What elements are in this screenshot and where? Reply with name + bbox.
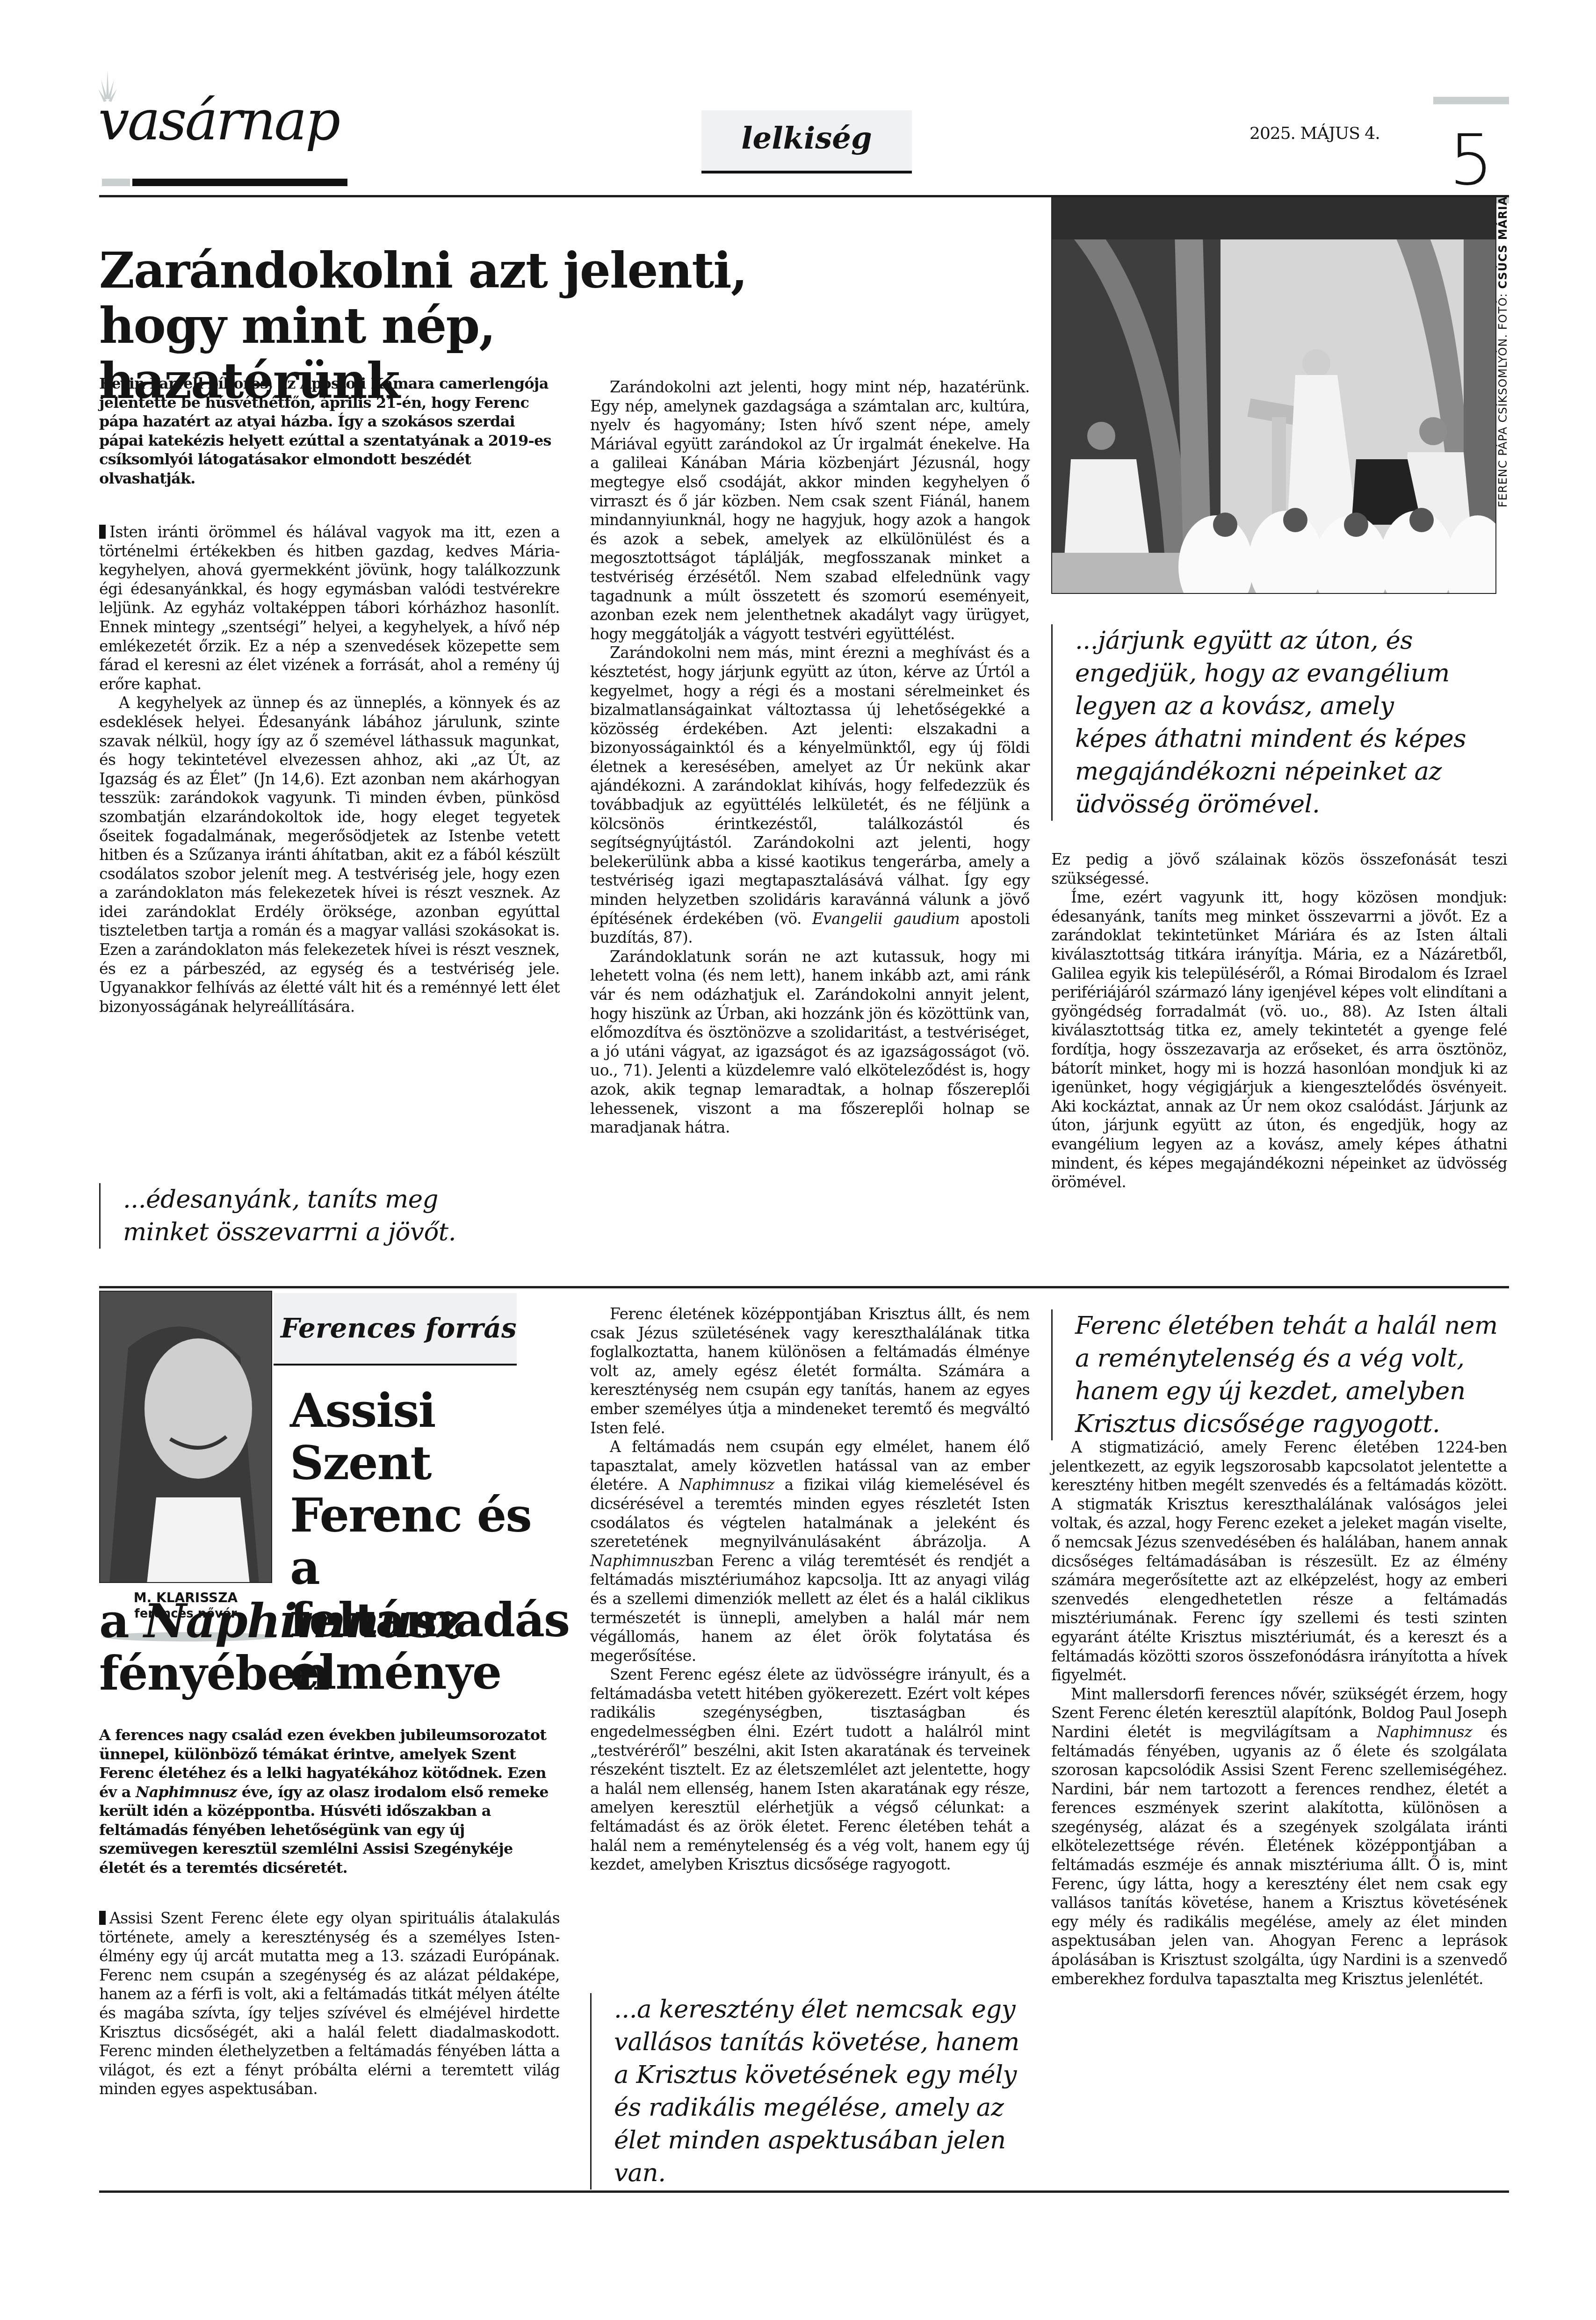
article2-column-2: Ferenc életének középpontjában Krisztus … xyxy=(590,1305,1030,1874)
article1-column-2: Zarándokolni azt jelenti, hogy mint nép,… xyxy=(590,378,1030,1137)
issue-date: 2025. MÁJUS 4. xyxy=(1249,124,1380,143)
series-label: Ferences forrás xyxy=(281,1312,517,1344)
article2-headline-end: a Naphimnusz fényében xyxy=(99,1595,567,1699)
photo-credit: FERENC PÁPA CSÍKSOMLYÓN. FOTÓ: CSÚCS MÁR… xyxy=(1496,196,1509,594)
section-label: lelkiség xyxy=(741,121,872,156)
paragraph: A feltámadás nem csupán egy elmélet, han… xyxy=(590,1438,1030,1665)
paragraph: Szent Ferenc egész élete az üdvösségre i… xyxy=(590,1665,1030,1874)
paragraph-marker xyxy=(99,525,106,539)
article-divider xyxy=(99,1286,1509,1288)
article2-column-1: Assisi Szent Ferenc élete egy olyan spir… xyxy=(99,1909,560,2099)
paragraph: Isten iránti örömmel és hálával vagyok m… xyxy=(99,523,560,694)
paragraph: A stigmatizáció, amely Ferenc életében 1… xyxy=(1051,1438,1507,1685)
author-photo xyxy=(99,1291,272,1583)
masthead-title: vasárnap xyxy=(98,93,339,148)
pullquote-4: Ferenc életében tehát a halál nem a remé… xyxy=(1051,1309,1500,1440)
author-portrait-image xyxy=(100,1292,272,1583)
masthead-underline xyxy=(132,179,347,186)
section-tag: lelkiség xyxy=(701,110,912,173)
paragraph: Ferenc életének középpontjában Krisztus … xyxy=(590,1305,1030,1438)
pullquote-3: ...a keresztény élet nemcsak egy valláso… xyxy=(590,1993,1034,2190)
article1-column-1: Isten iránti örömmel és hálával vagyok m… xyxy=(99,523,560,1016)
article1-lead: Kevin Farrell bíboros, az Apostoli Kamar… xyxy=(99,374,553,488)
pullquote-1: ...édesanyánk, taníts meg minket összeva… xyxy=(99,1183,520,1249)
paragraph: A kegyhelyek az ünnep és az ünneplés, a … xyxy=(99,694,560,1016)
paragraph: Assisi Szent Ferenc élete egy olyan spir… xyxy=(99,1909,560,2099)
page-number: 5 xyxy=(1433,104,1509,196)
paragraph: Íme, ezért vagyunk itt, hogy közösen mon… xyxy=(1051,888,1507,1192)
paragraph: Zarándokolni azt jelenti, hogy mint nép,… xyxy=(590,378,1030,643)
paragraph-marker xyxy=(99,1911,106,1925)
paragraph: Mint mallersdorfi ferences nővér, szüksé… xyxy=(1051,1685,1507,1989)
article2-lead: A ferences nagy család ezen években jubi… xyxy=(99,1726,555,1877)
masthead-underline xyxy=(102,179,130,186)
paragraph: Zarándoklatunk során ne azt kutassuk, ho… xyxy=(590,947,1030,1137)
pope-photo xyxy=(1051,196,1496,594)
paragraph: Ez pedig a jövő szálainak közös összefon… xyxy=(1051,850,1507,888)
article2-column-3: A stigmatizáció, amely Ferenc életében 1… xyxy=(1051,1438,1507,1988)
footer-rule xyxy=(99,2190,1509,2193)
masthead-logo: vasárnap xyxy=(98,70,351,178)
series-tag: Ferences forrás xyxy=(274,1293,517,1366)
article1-column-3: Ez pedig a jövő szálainak közös összefon… xyxy=(1051,850,1507,1192)
pope-speaking-image xyxy=(1052,197,1496,594)
pullquote-2: ...járjunk együtt az úton, és engedjük, … xyxy=(1051,624,1472,821)
paragraph: Zarándokolni nem más, mint érezni a megh… xyxy=(590,643,1030,947)
